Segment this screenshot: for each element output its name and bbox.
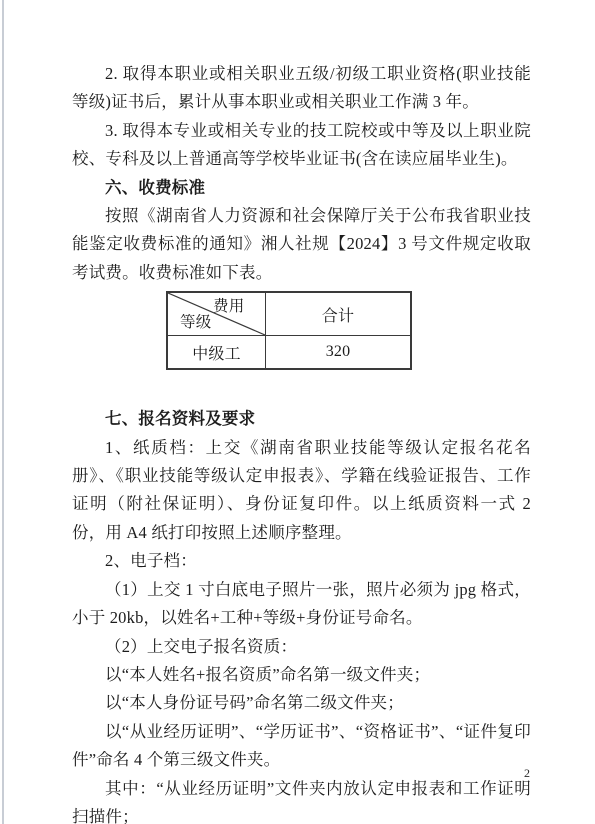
document-content: 2. 取得本职业或相关职业五级/初级工职业资格(职业技能等级)证书后，累计从事本…: [72, 60, 531, 824]
section-6-body: 按照《湖南省人力资源和社会保障厅关于公布我省职业技能鉴定收费标准的通知》湘人社规…: [72, 202, 531, 287]
paragraph-folder-level2: 以“本人身份证号码”命名第二级文件夹；: [72, 689, 531, 717]
fee-table-level-cell: 中级工: [168, 336, 266, 368]
paragraph-paper-docs: 1、纸质档：上交《湖南省职业技能等级认定报名花名册》、《职业技能等级认定申报表》…: [72, 434, 531, 548]
paragraph-folder-level1: 以“本人姓名+报名资质”命名第一级文件夹；: [72, 661, 531, 689]
fee-table-total-header: 合计: [266, 293, 410, 336]
fee-table-corner-level-label: 等级: [180, 315, 211, 331]
scan-edge-line: [2, 0, 4, 824]
fee-table: 费用 等级 合计 中级工 320: [166, 291, 412, 370]
paragraph-digital-qualifications: （2）上交电子报名资质：: [72, 633, 531, 661]
paragraph-qualification-2: 2. 取得本职业或相关职业五级/初级工职业资格(职业技能等级)证书后，累计从事本…: [72, 60, 531, 117]
paragraph-qualification-3: 3. 取得本专业或相关专业的技工院校或中等及以上职业院校、专科及以上普通高等学校…: [72, 117, 531, 174]
fee-table-total-cell: 320: [266, 336, 410, 368]
document-page: 2. 取得本职业或相关职业五级/初级工职业资格(职业技能等级)证书后，累计从事本…: [0, 0, 595, 824]
section-6-heading: 六、收费标准: [72, 174, 531, 202]
paragraph-folder-level3: 以“从业经历证明”、“学历证书”、“资格证书”、“证件复印件”命名 4 个第三级…: [72, 718, 531, 775]
fee-table-corner-cell: 费用 等级: [168, 293, 266, 336]
paragraph-digital-docs: 2、电子档：: [72, 547, 531, 575]
paragraph-photo-requirement: （1）上交 1 寸白底电子照片一张，照片必须为 jpg 格式，小于 20kb，以…: [72, 576, 531, 633]
fee-table-corner-fee-label: 费用: [213, 299, 244, 315]
page-number: 2: [524, 766, 530, 781]
paragraph-folder-note: 其中：“从业经历证明”文件夹内放认定申报表和工作证明扫描件；: [72, 775, 531, 824]
section-7-heading: 七、报名资料及要求: [72, 405, 531, 433]
